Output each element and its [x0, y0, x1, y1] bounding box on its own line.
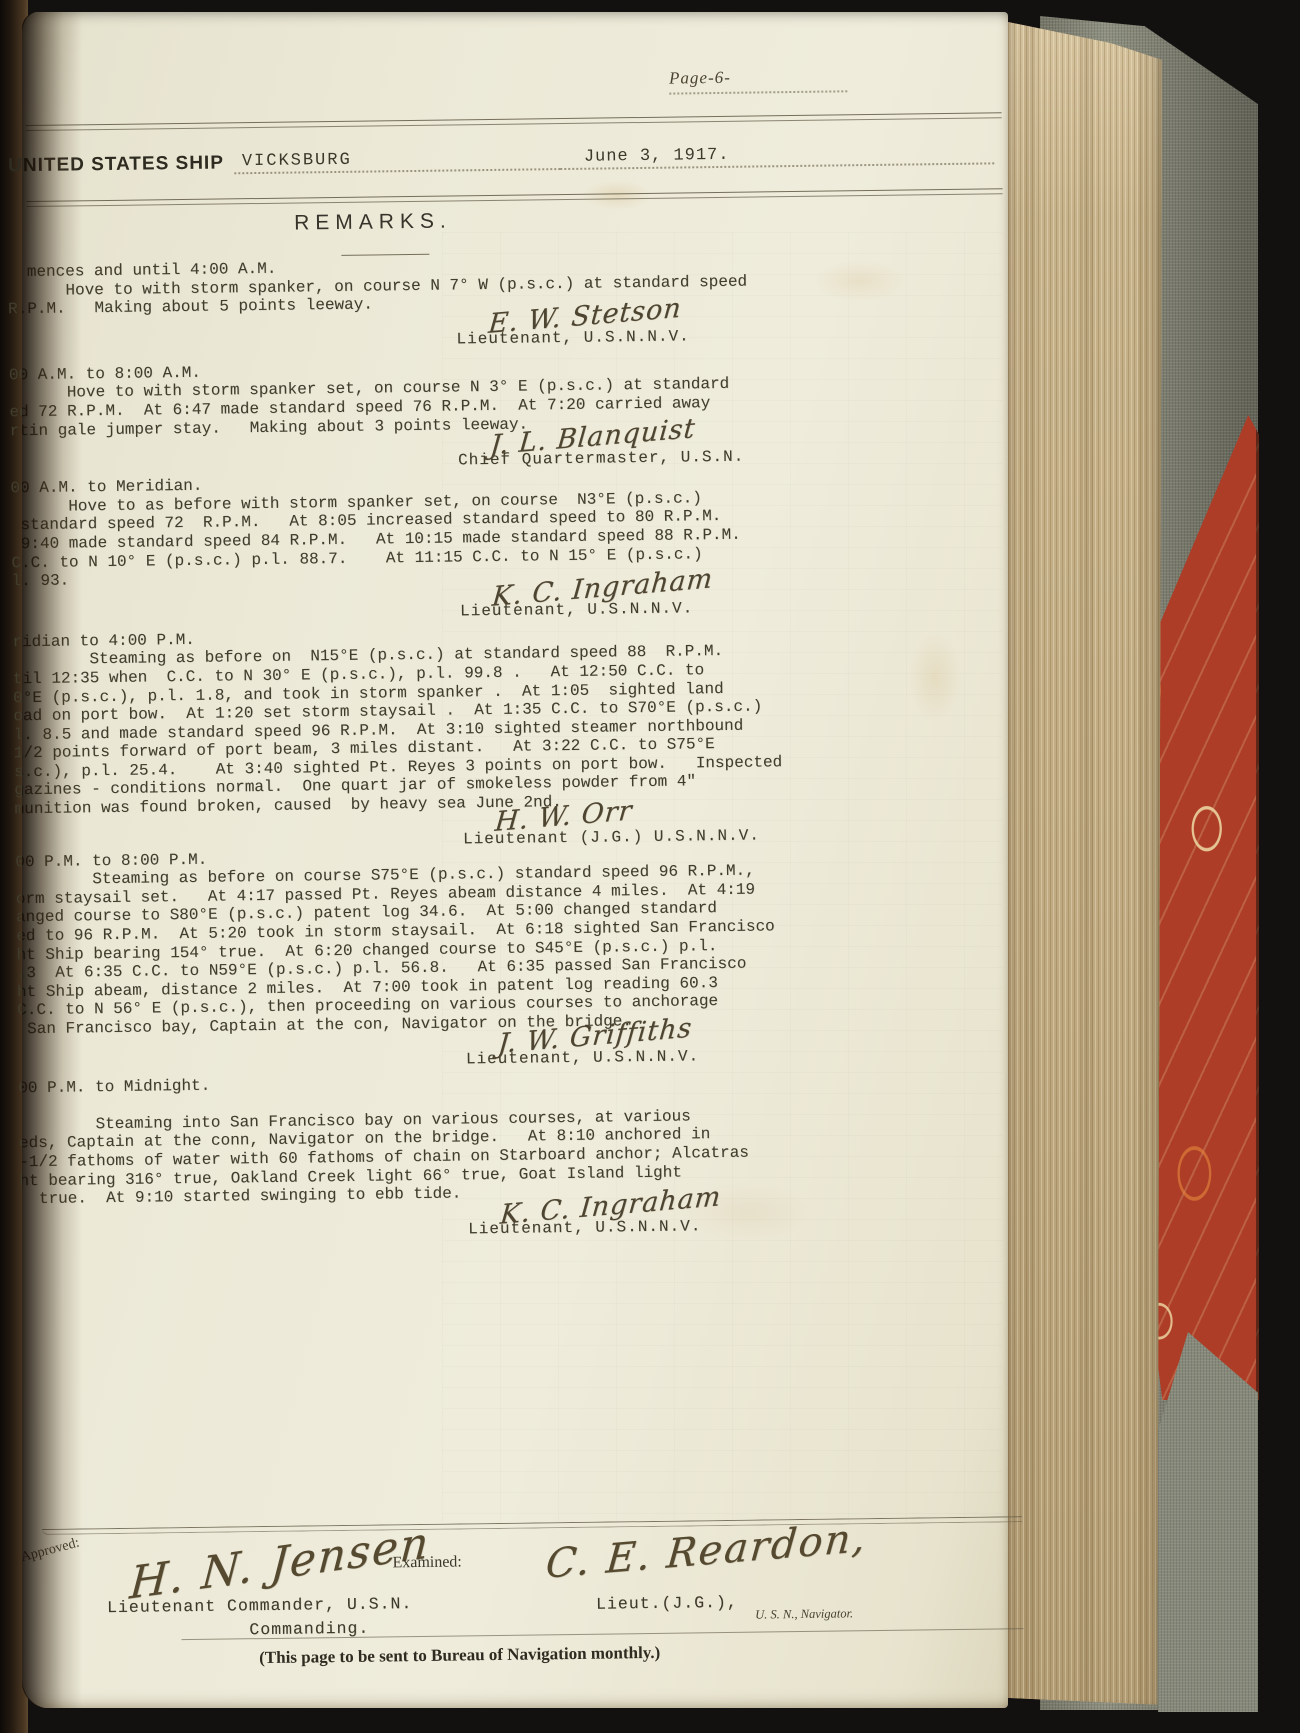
entries: mences and until 4:00 A.M. Hove to with … [7, 252, 850, 1245]
ship-label: UNITED STATES SHIP [8, 152, 234, 177]
examined-label: Examined: [392, 1553, 462, 1572]
log-entry: ridian to 4:00 P.M. Steaming as before o… [12, 622, 845, 855]
log-entry: 00 P.M. to 8:00 P.M. Steaming as before … [15, 842, 848, 1075]
navigator-subtitle: U. S. N., Navigator. [755, 1606, 853, 1622]
navigator-title: Lieut.(J.G.), [596, 1593, 738, 1614]
approved-label: Approved: [19, 1535, 81, 1566]
header-rule-bottom [27, 188, 1003, 207]
log-entry: 00 P.M. to Midnight. Steaming into San F… [18, 1068, 850, 1245]
log-entry: mences and until 4:00 A.M. Hove to with … [7, 252, 838, 355]
log-entry: 00 A.M. to Meridian. Hove to as before w… [10, 469, 842, 627]
remarks-title: REMARKS. [173, 208, 573, 237]
remarks-underline [341, 254, 429, 256]
log-date: June 3, 1917. [560, 142, 994, 170]
page-stack-fore-edge [1002, 16, 1162, 1708]
ship-name: VICKSBURG [234, 148, 560, 174]
log-page: Page-6- UNITED STATES SHIP VICKSBURG Jun… [22, 12, 1008, 1708]
header-rule-top [26, 112, 1002, 131]
page-content: Page-6- UNITED STATES SHIP VICKSBURG Jun… [20, 6, 1028, 1715]
log-entry: 00 A.M. to 8:00 A.M. Hove to with storm … [9, 355, 840, 476]
book-cover-cloth-corner [1158, 1332, 1258, 1712]
bureau-note: (This page to be sent to Bureau of Navig… [190, 1642, 730, 1669]
scanned-logbook-photo: { "colors": { "paper": "#ece9d7", "typew… [0, 0, 1300, 1733]
ship-title-row: UNITED STATES SHIP VICKSBURG June 3, 191… [8, 142, 994, 177]
signature-block: K. C. IngrahamLieutenant, U.S.N.N.V. [12, 568, 843, 627]
page-number: Page-6- [669, 66, 847, 94]
commanding-officer-title: Lieutenant Commander, U.S.N. [107, 1594, 412, 1617]
footer-rule [42, 1516, 1022, 1535]
